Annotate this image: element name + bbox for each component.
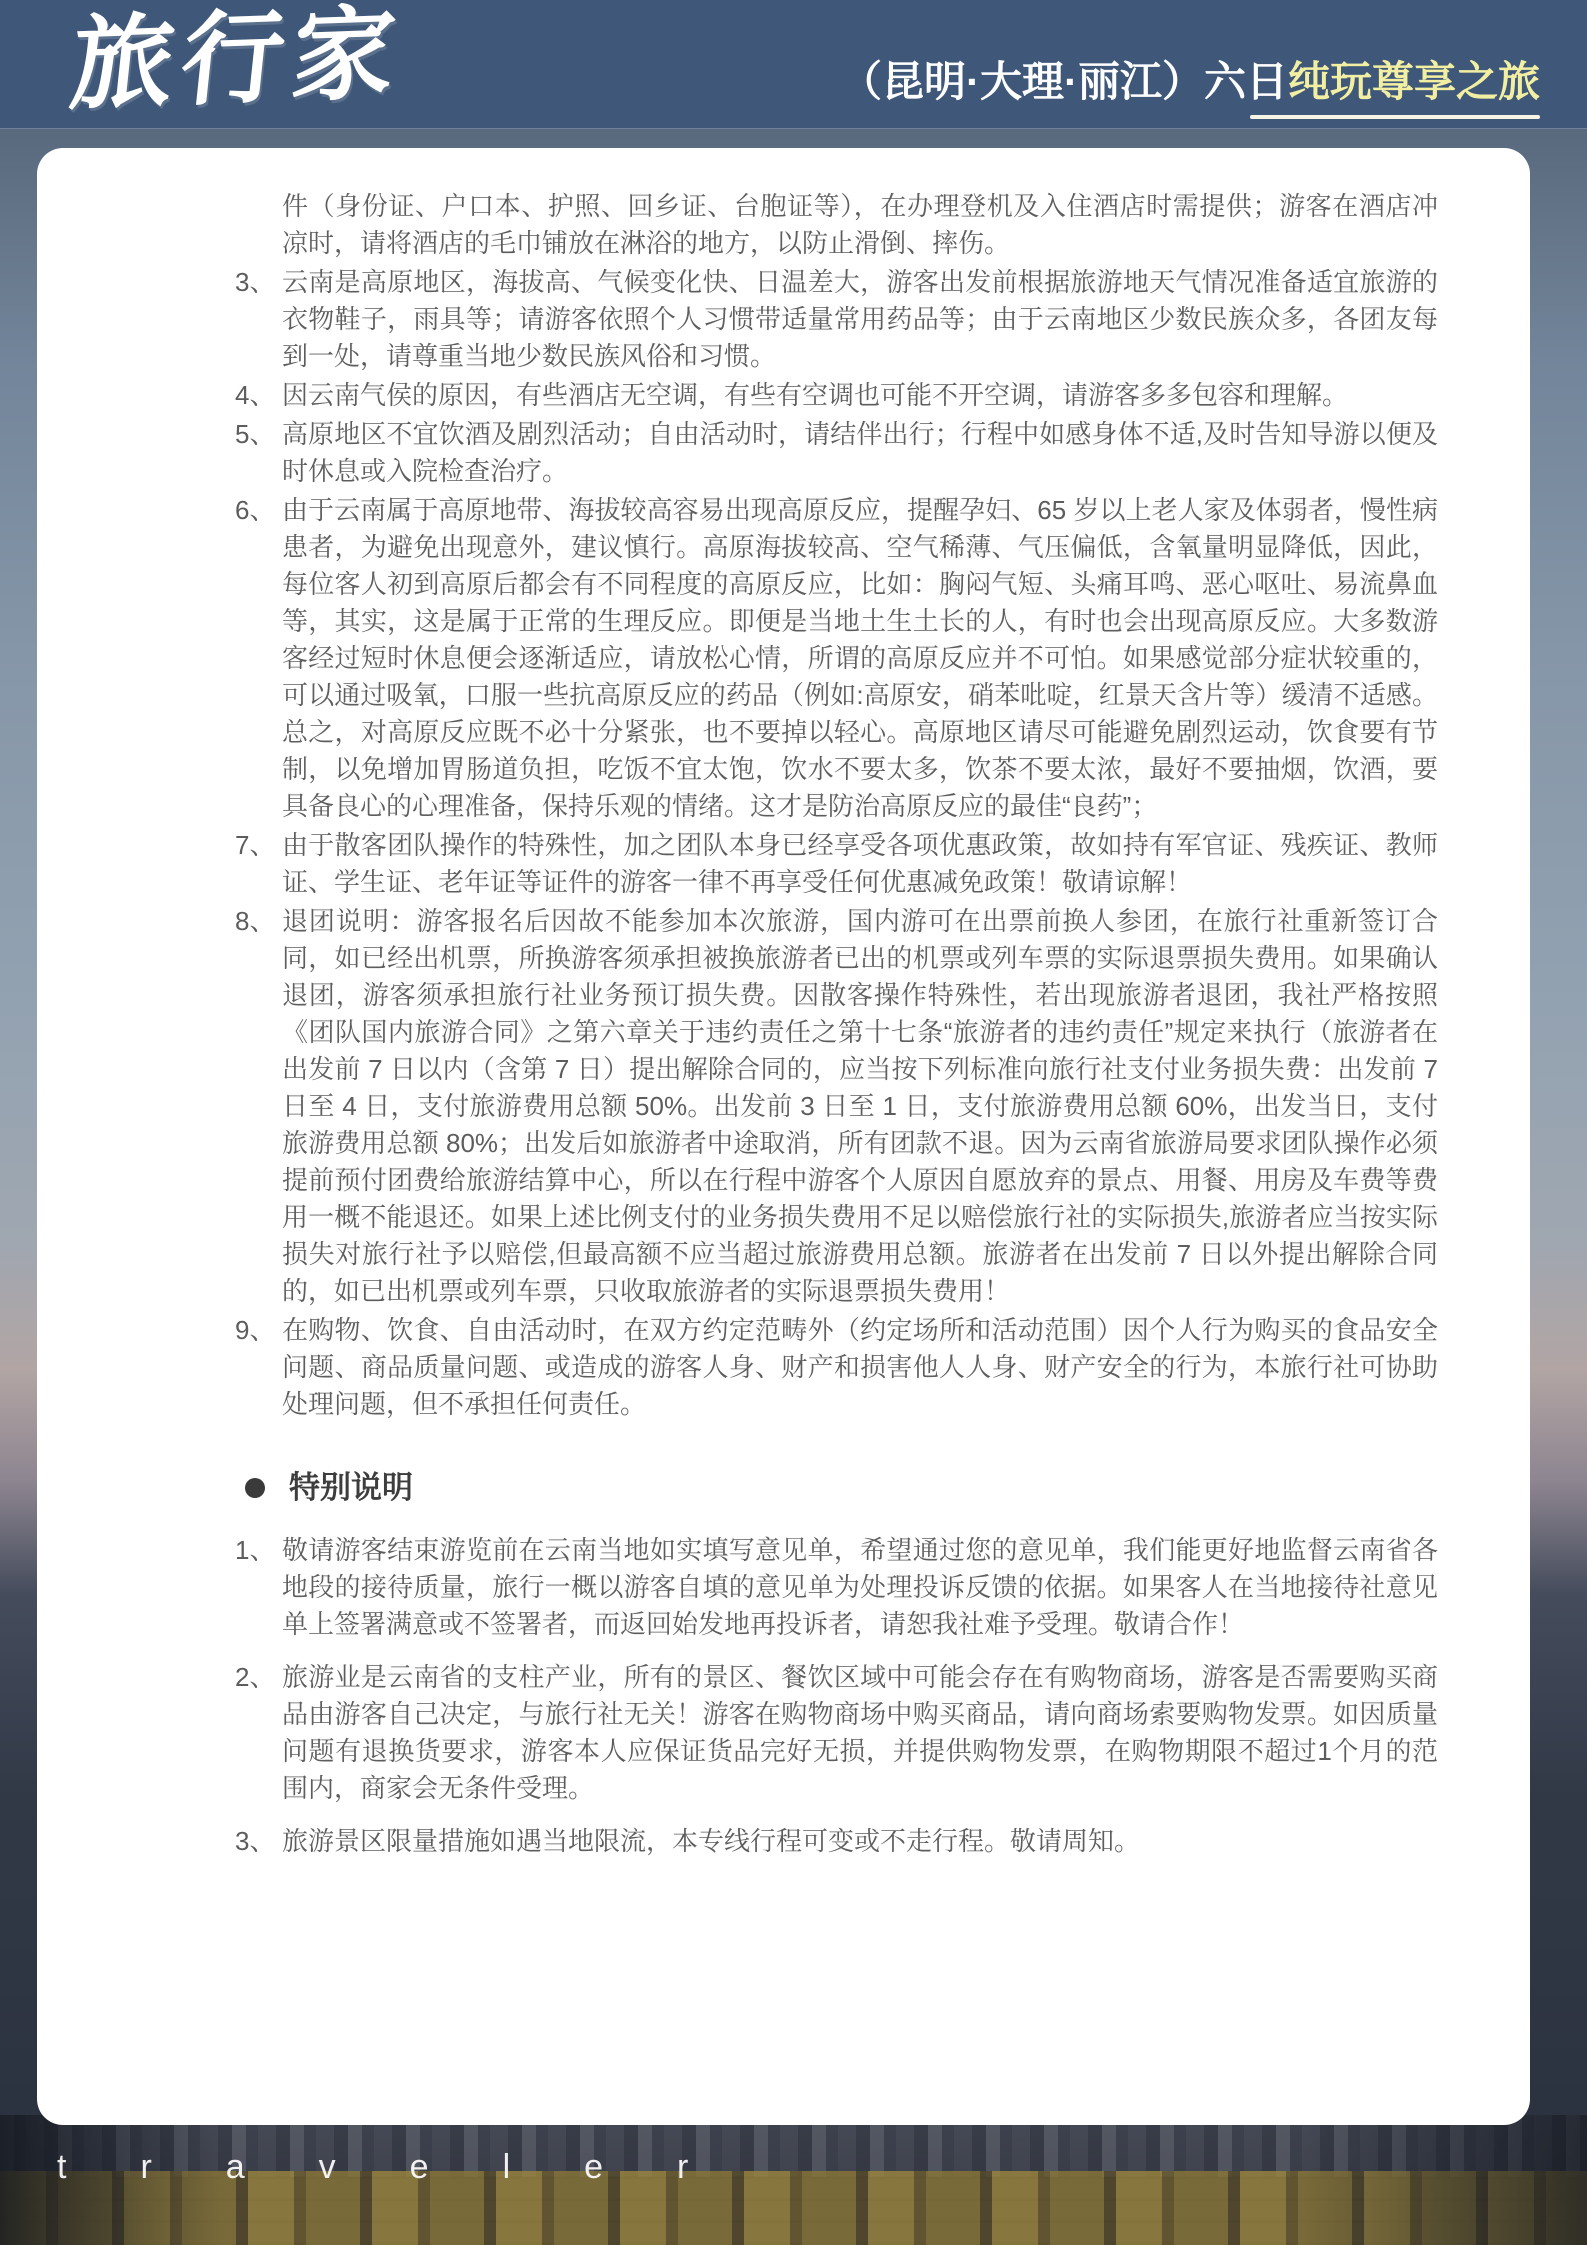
note-item-8: 8、 退团说明：游客报名后因故不能参加本次旅游，国内游可在出票前换人参团，在旅行… — [235, 903, 1438, 1310]
item-text: 云南是高原地区，海拔高、气候变化快、日温差大，游客出发前根据旅游地天气情况准备适… — [282, 264, 1438, 375]
item-number: 4、 — [235, 377, 282, 414]
title-route: （昆明·大理·丽江）六日 — [840, 58, 1288, 105]
note-item-6: 6、 由于云南属于高原地带、海拔较高容易出现高原反应，提醒孕妇、65 岁以上老人… — [235, 492, 1438, 825]
item-number: 1、 — [235, 1532, 282, 1643]
item-text: 因云南气侯的原因，有些酒店无空调，有些有空调也可能不开空调，请游客多多包容和理解… — [282, 377, 1438, 414]
note-item-4: 4、 因云南气侯的原因，有些酒店无空调，有些有空调也可能不开空调，请游客多多包容… — [235, 377, 1438, 414]
title-underline — [1250, 115, 1540, 119]
page: 旅行家 （昆明·大理·丽江）六日纯玩尊享之旅 件（身份证、户口本、护照、回乡证、… — [0, 0, 1587, 2245]
item-text: 由于云南属于高原地带、海拔较高容易出现高原反应，提醒孕妇、65 岁以上老人家及体… — [282, 492, 1438, 825]
item-text: 敬请游客结束游览前在云南当地如实填写意见单，希望通过您的意见单，我们能更好地监督… — [282, 1532, 1438, 1643]
note-item-7: 7、 由于散客团队操作的特殊性，加之团队本身已经享受各项优惠政策，故如持有军官证… — [235, 827, 1438, 901]
item-number: 9、 — [235, 1312, 282, 1423]
item-text: 旅游业是云南省的支柱产业，所有的景区、餐饮区域中可能会存在有购物商场，游客是否需… — [282, 1659, 1438, 1807]
footer-brand-text: traveler — [57, 2148, 762, 2187]
special-item-3: 3、 旅游景区限量措施如遇当地限流，本专线行程可变或不走行程。敬请周知。 — [235, 1823, 1438, 1860]
page-title: （昆明·大理·丽江）六日纯玩尊享之旅 — [840, 58, 1540, 106]
item-text: 旅游景区限量措施如遇当地限流，本专线行程可变或不走行程。敬请周知。 — [282, 1823, 1438, 1860]
note-continued-text: 件（身份证、户口本、护照、回乡证、台胞证等），在办理登机及入住酒店时需提供；游客… — [282, 188, 1438, 262]
title-highlight: 纯玩尊享之旅 — [1288, 58, 1540, 105]
item-number: 5、 — [235, 416, 282, 490]
header-band: 旅行家 （昆明·大理·丽江）六日纯玩尊享之旅 — [0, 0, 1587, 129]
note-item-5: 5、 高原地区不宜饮酒及剧烈活动；自由活动时，请结伴出行；行程中如感身体不适,及… — [235, 416, 1438, 490]
item-number: 7、 — [235, 827, 282, 901]
item-text: 退团说明：游客报名后因故不能参加本次旅游，国内游可在出票前换人参团，在旅行社重新… — [282, 903, 1438, 1310]
item-number: 8、 — [235, 903, 282, 1310]
special-notes-heading-label: 特别说明 — [289, 1469, 413, 1506]
special-item-1: 1、 敬请游客结束游览前在云南当地如实填写意见单，希望通过您的意见单，我们能更好… — [235, 1532, 1438, 1643]
bullet-icon — [245, 1478, 265, 1498]
special-notes-heading: 特别说明 — [245, 1469, 1438, 1506]
item-number: 2、 — [235, 1659, 282, 1807]
note-item-3: 3、 云南是高原地区，海拔高、气候变化快、日温差大，游客出发前根据旅游地天气情况… — [235, 264, 1438, 375]
note-item-9: 9、 在购物、饮食、自由活动时，在双方约定范畴外（约定场所和活动范围）因个人行为… — [235, 1312, 1438, 1423]
item-text: 由于散客团队操作的特殊性，加之团队本身已经享受各项优惠政策，故如持有军官证、残疾… — [282, 827, 1438, 901]
content-card: 件（身份证、户口本、护照、回乡证、台胞证等），在办理登机及入住酒店时需提供；游客… — [37, 148, 1530, 2125]
item-number: 3、 — [235, 1823, 282, 1860]
item-number: 6、 — [235, 492, 282, 825]
brand-logo: 旅行家 — [65, 0, 409, 126]
item-number: 3、 — [235, 264, 282, 375]
special-item-2: 2、 旅游业是云南省的支柱产业，所有的景区、餐饮区域中可能会存在有购物商场，游客… — [235, 1659, 1438, 1807]
item-text: 高原地区不宜饮酒及剧烈活动；自由活动时，请结伴出行；行程中如感身体不适,及时告知… — [282, 416, 1438, 490]
item-text: 在购物、饮食、自由活动时，在双方约定范畴外（约定场所和活动范围）因个人行为购买的… — [282, 1312, 1438, 1423]
